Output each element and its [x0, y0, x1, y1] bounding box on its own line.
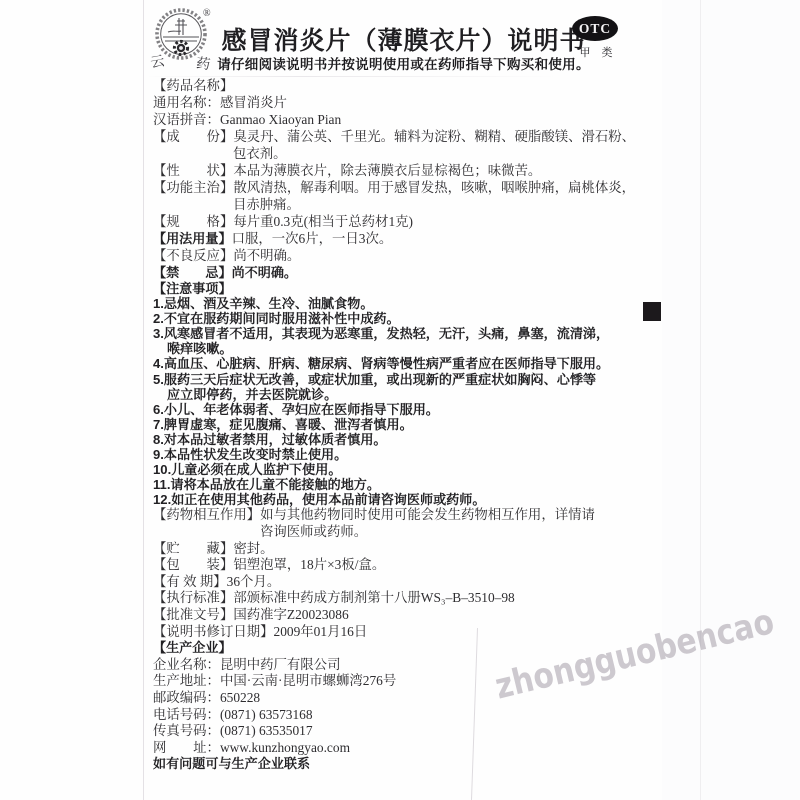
- insert-line: 【药物相互作用】如与其他药物同时使用可能会发生药物相互作用，详情请: [153, 507, 657, 524]
- line-text: 喉痒咳嗽。: [167, 341, 232, 356]
- insert-line: 11.请将本品放在儿童不能接触的地方。: [153, 477, 657, 492]
- insert-line: 4.高血压、心脏病、肝病、糖尿病、肾病等慢性病严重者应在医师指导下服用。: [153, 356, 657, 371]
- line-text: 部颁标准中药成方制剂第十八册WS₃–B–3510–98: [233, 590, 514, 605]
- insert-line: 【贮 藏】密封。: [153, 541, 657, 558]
- line-text: 8.对本品过敏者禁用，过敏体质者慎用。: [153, 432, 387, 447]
- insert-line: 5.服药三天后症状无改善，或症状加重，或出现新的严重症状如胸闷、心悸等: [153, 372, 657, 387]
- section-label: 【贮 藏】: [153, 541, 233, 556]
- insert-line: 邮政编码：650228: [153, 690, 657, 707]
- section-label: 【用法用量】: [153, 231, 232, 246]
- line-text: 国药准字Z20023086: [233, 607, 348, 622]
- insert-line: 【功能主治】散风清热，解毒利咽。用于感冒发热，咳嗽，咽喉肿痛，扁桃体炎，: [153, 179, 657, 196]
- insert-line: 12.如正在使用其他药品，使用本品前请咨询医师或药师。: [153, 492, 657, 507]
- otc-category: 甲 类: [572, 44, 620, 60]
- insert-line: 【禁 忌】尚不明确。: [153, 264, 657, 281]
- line-text: 如有问题可与生产企业联系: [153, 756, 310, 771]
- insert-line: 10.儿童必须在成人监护下使用。: [153, 462, 657, 477]
- line-text: 臭灵丹、蒲公英、千里光。辅料为淀粉、糊精、硬脂酸镁、滑石粉、: [233, 129, 635, 144]
- section-label: 【功能主治】: [153, 180, 233, 195]
- section-label: 【规 格】: [153, 214, 233, 229]
- line-text: 口服，一次6片，一日3次。: [232, 231, 393, 246]
- insert-line: 【执行标准】部颁标准中药成方制剂第十八册WS₃–B–3510–98: [153, 590, 657, 607]
- section-label: 【药品名称】: [153, 78, 233, 93]
- section-label: 【成 份】: [153, 129, 233, 144]
- line-text: 尚不明确。: [232, 265, 297, 280]
- line-text: 生产地址：中国·云南·昆明市螺蛳湾276号: [153, 673, 396, 688]
- section-label: 【注意事项】: [153, 281, 232, 296]
- insert-line: 生产地址：中国·云南·昆明市螺蛳湾276号: [153, 673, 657, 690]
- insert-line: 3.风寒感冒者不适用，其表现为恶寒重，发热轻，无汗，头痛，鼻塞，流清涕，: [153, 326, 657, 341]
- insert-line: 8.对本品过敏者禁用，过敏体质者慎用。: [153, 432, 657, 447]
- insert-line: 【有 效 期】36个月。: [153, 574, 657, 591]
- line-text: 电话号码：(0871) 63573168: [153, 707, 313, 722]
- line-text: 12.如正在使用其他药品，使用本品前请咨询医师或药师。: [153, 492, 485, 507]
- insert-line: 网 址：www.kunzhongyao.com: [153, 740, 657, 757]
- registered-trademark-icon: ®: [203, 8, 211, 19]
- insert-line: 6.小儿、年老体弱者、孕妇应在医师指导下服用。: [153, 402, 657, 417]
- insert-line: 如有问题可与生产企业联系: [153, 756, 657, 773]
- insert-line: 应立即停药，并去医院就诊。: [153, 387, 657, 402]
- insert-line: 目赤肿痛。: [153, 196, 657, 213]
- otc-badge: OTC 甲 类: [572, 16, 620, 60]
- insert-line: 【包 装】铝塑泡罩，18片×3板/盒。: [153, 557, 657, 574]
- otc-label: OTC: [572, 16, 618, 41]
- section-label: 【生产企业】: [153, 640, 232, 655]
- insert-line: 【生产企业】: [153, 640, 657, 657]
- insert-line: 【药品名称】: [153, 77, 657, 94]
- insert-line: 2.不宜在服药期间同时服用滋补性中成药。: [153, 311, 657, 326]
- fold-line: [700, 0, 701, 800]
- line-text: 密封。: [233, 541, 273, 556]
- insert-line: 包衣剂。: [153, 145, 657, 162]
- line-text: 传真号码：(0871) 63535017: [153, 723, 313, 738]
- line-text: 2.不宜在服药期间同时服用滋补性中成药。: [153, 311, 400, 326]
- line-text: 每片重0.3克(相当于总药材1克): [233, 214, 413, 229]
- section-label: 【性 状】: [153, 163, 233, 178]
- line-text: 汉语拼音：Ganmao Xiaoyan Pian: [153, 112, 341, 127]
- section-label: 【批准文号】: [153, 607, 233, 622]
- section-label: 【药物相互作用】: [153, 507, 260, 522]
- line-text: 应立即停药，并去医院就诊。: [167, 387, 337, 402]
- line-text: 企业名称：昆明中药厂有限公司: [153, 657, 340, 672]
- line-text: 邮政编码：650228: [153, 690, 260, 705]
- section-label: 【执行标准】: [153, 590, 233, 605]
- insert-line: 7.脾胃虚寒，症见腹痛、喜暖、泄泻者慎用。: [153, 417, 657, 432]
- section-label: 【禁 忌】: [153, 265, 232, 280]
- section-label: 【说明书修订日期】: [153, 624, 274, 639]
- line-text: 9.本品性状发生改变时禁止使用。: [153, 447, 347, 462]
- line-text: 本品为薄膜衣片，除去薄膜衣后显棕褐色；味微苦。: [233, 163, 541, 178]
- line-text: 4.高血压、心脏病、肝病、糖尿病、肾病等慢性病严重者应在医师指导下服用。: [153, 356, 609, 371]
- line-text: 散风清热，解毒利咽。用于感冒发热，咳嗽，咽喉肿痛，扁桃体炎，: [233, 180, 635, 195]
- section-label: 【有 效 期】: [153, 574, 227, 589]
- insert-line: 喉痒咳嗽。: [153, 341, 657, 356]
- insert-line: 【不良反应】尚不明确。: [153, 247, 657, 264]
- line-text: 1.忌烟、酒及辛辣、生冷、油腻食物。: [153, 296, 373, 311]
- insert-line: 传真号码：(0871) 63535017: [153, 723, 657, 740]
- line-text: 尚不明确。: [233, 248, 300, 263]
- line-text: 通用名称：感冒消炎片: [153, 95, 287, 110]
- insert-line: 【性 状】本品为薄膜衣片，除去薄膜衣后显棕褐色；味微苦。: [153, 162, 657, 179]
- section-label: 【不良反应】: [153, 248, 233, 263]
- insert-line: 【注意事项】: [153, 281, 657, 296]
- insert-line: 咨询医师或药师。: [153, 524, 657, 541]
- insert-line: 【成 份】臭灵丹、蒲公英、千里光。辅料为淀粉、糊精、硬脂酸镁、滑石粉、: [153, 128, 657, 145]
- insert-line: 9.本品性状发生改变时禁止使用。: [153, 447, 657, 462]
- insert-line: 通用名称：感冒消炎片: [153, 94, 657, 111]
- insert-line: 1.忌烟、酒及辛辣、生冷、油腻食物。: [153, 296, 657, 311]
- insert-line: 【用法用量】口服，一次6片，一日3次。: [153, 230, 657, 247]
- insert-line: 汉语拼音：Ganmao Xiaoyan Pian: [153, 111, 657, 128]
- insert-line: 【规 格】每片重0.3克(相当于总药材1克): [153, 213, 657, 230]
- line-text: 11.请将本品放在儿童不能接触的地方。: [153, 477, 380, 492]
- line-text: 包衣剂。: [233, 146, 287, 161]
- line-text: 如与其他药物同时使用可能会发生药物相互作用，详情请: [260, 507, 595, 522]
- insert-body: 【药品名称】通用名称：感冒消炎片汉语拼音：Ganmao Xiaoyan Pian…: [153, 77, 657, 773]
- insert-line: 【批准文号】国药准字Z20023086: [153, 607, 657, 624]
- insert-paper: 云 药 ® 感冒消炎片（薄膜衣片）说明书 请仔细阅读说明书并按说明使用或在药师指…: [143, 0, 663, 800]
- line-text: 10.儿童必须在成人监护下使用。: [153, 462, 341, 477]
- line-text: 36个月。: [227, 574, 281, 589]
- right-white-panel: [662, 0, 800, 800]
- line-text: 3.风寒感冒者不适用，其表现为恶寒重，发热轻，无汗，头痛，鼻塞，流清涕，: [153, 326, 609, 341]
- insert-line: 电话号码：(0871) 63573168: [153, 707, 657, 724]
- insert-line: 企业名称：昆明中药厂有限公司: [153, 657, 657, 674]
- line-text: 5.服药三天后症状无改善，或症状加重，或出现新的严重症状如胸闷、心悸等: [153, 372, 596, 387]
- section-label: 【包 装】: [153, 557, 233, 572]
- package-insert-photo: { "header": { "logo": { "registered_mark…: [0, 0, 800, 800]
- line-text: 7.脾胃虚寒，症见腹痛、喜暖、泄泻者慎用。: [153, 417, 413, 432]
- line-text: 6.小儿、年老体弱者、孕妇应在医师指导下服用。: [153, 402, 439, 417]
- line-text: 网 址：www.kunzhongyao.com: [153, 740, 350, 755]
- insert-line: 【说明书修订日期】2009年01月16日: [153, 624, 657, 641]
- line-text: 目赤肿痛。: [233, 197, 300, 212]
- line-text: 咨询医师或药师。: [260, 524, 367, 539]
- line-text: 铝塑泡罩，18片×3板/盒。: [233, 557, 385, 572]
- line-text: 2009年01月16日: [274, 624, 368, 639]
